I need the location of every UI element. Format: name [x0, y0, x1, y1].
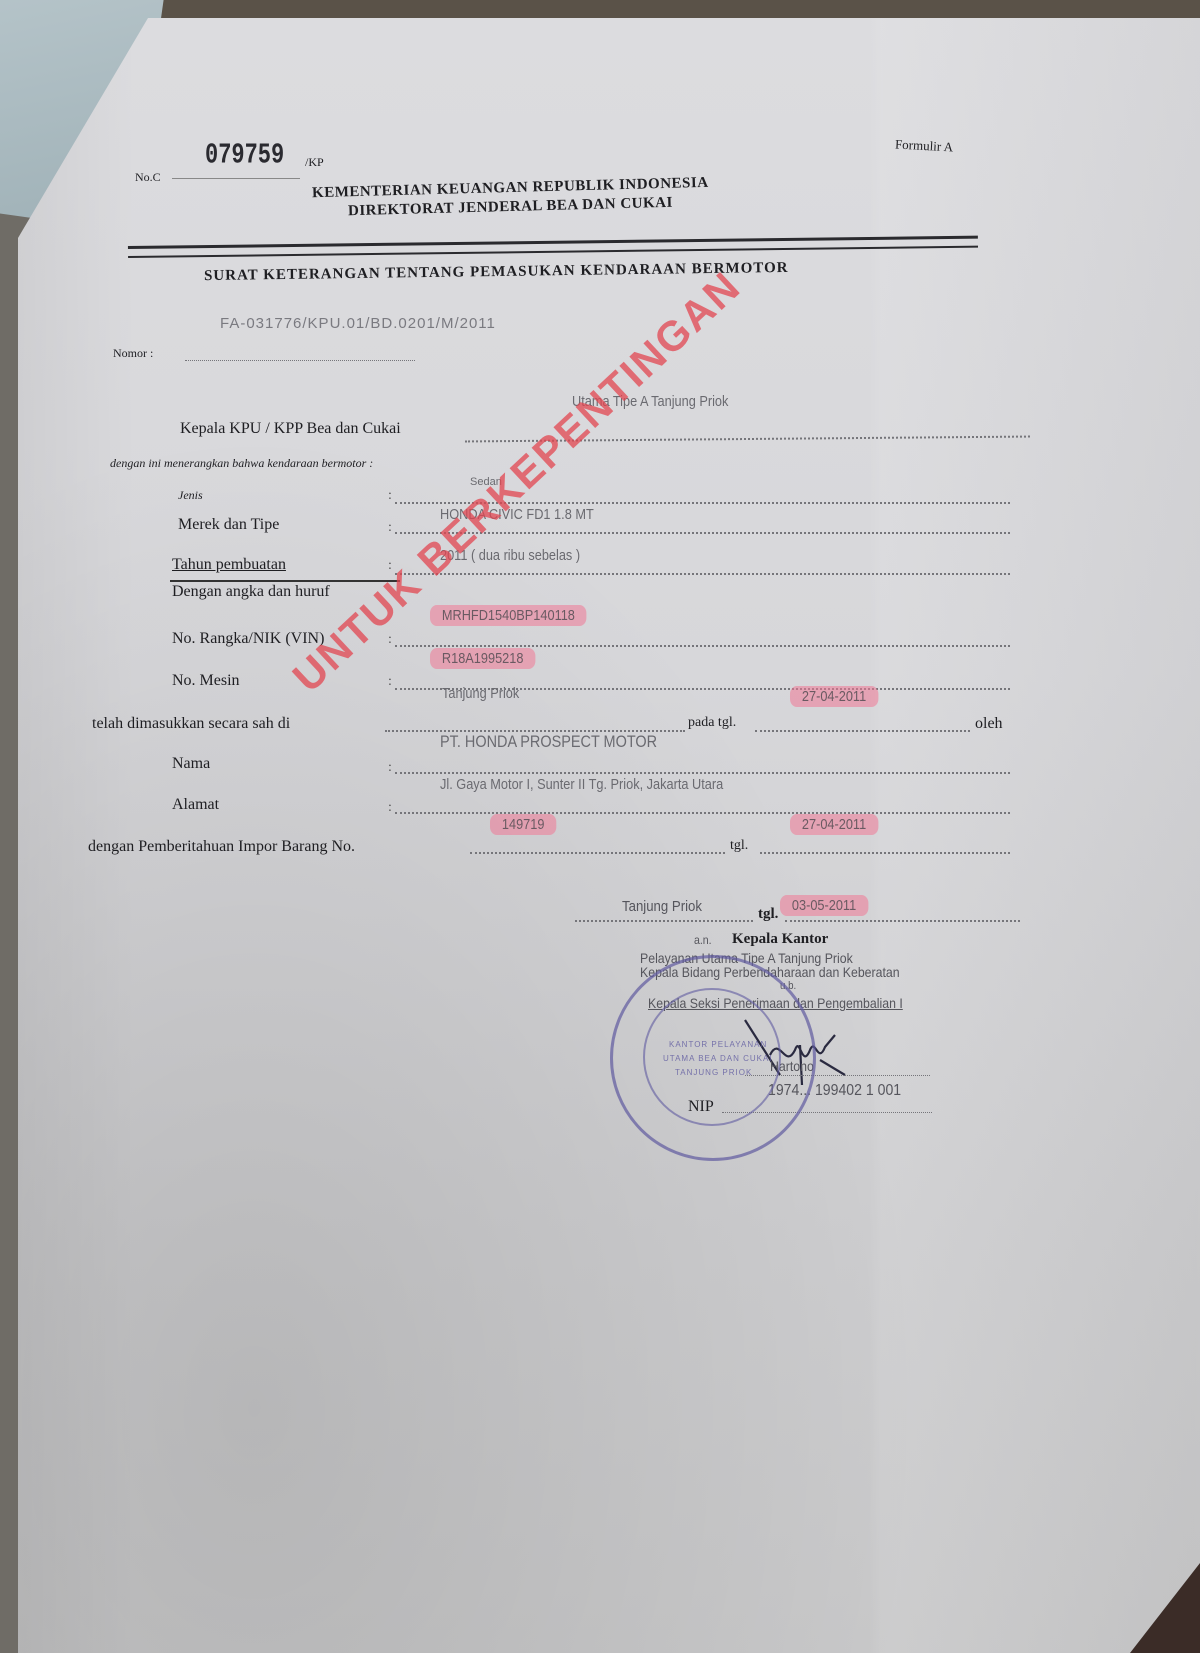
serial-suffix: /KP [305, 155, 324, 170]
engine-value: R18A1995218 [430, 648, 535, 669]
importer-name: PT. HONDA PROSPECT MOTOR [440, 732, 657, 752]
office-label: Kepala KPU / KPP Bea dan Cukai [180, 420, 401, 438]
nomor-value: FA-031776/KPU.01/BD.0201/M/2011 [220, 315, 496, 332]
vin-value: MRHFD1540BP140118 [430, 605, 587, 626]
entry-by: oleh [975, 715, 1003, 733]
engine-label: No. Mesin [172, 672, 240, 690]
official-seal: KANTOR PELAYANAN UTAMA BEA DAN CUKAI TAN… [610, 955, 816, 1161]
pib-date-label: tgl. [730, 838, 748, 854]
merek-label: Merek dan Tipe [178, 516, 279, 534]
entry-date: 27-04-2011 [790, 686, 878, 707]
serial-number: 079759 [205, 139, 284, 172]
sign-date-label: tgl. [758, 906, 778, 923]
vin-label: No. Rangka/NIK (VIN) [172, 630, 324, 648]
entry-place: Tanjung Priok [442, 685, 519, 702]
sign-place: Tanjung Priok [622, 898, 702, 915]
importer-address: Jl. Gaya Motor I, Sunter II Tg. Priok, J… [440, 776, 723, 793]
pib-label: dengan Pemberitahuan Impor Barang No. [88, 838, 355, 856]
entry-date-label: pada tgl. [688, 715, 736, 731]
importer-address-label: Alamat [172, 796, 219, 814]
nomor-label: Nomor : [113, 346, 153, 361]
entry-label: telah dimasukkan secara sah di [92, 715, 290, 733]
tahun-sublabel: Dengan angka dan huruf [172, 583, 330, 601]
sign-date: 03-05-2011 [780, 895, 868, 916]
pib-date: 27-04-2011 [790, 814, 878, 835]
form-type: Formulir A [895, 136, 954, 155]
tahun-label: Tahun pembuatan [172, 556, 286, 574]
importer-name-label: Nama [172, 755, 210, 773]
intro-text: dengan ini menerangkan bahwa kendaraan b… [110, 456, 373, 471]
an-label: a.n. [694, 933, 712, 947]
jenis-label: Jenis [178, 488, 203, 503]
kepala-kantor: Kepala Kantor [732, 931, 828, 948]
pib-number: 149719 [490, 814, 556, 835]
serial-label: No.C [135, 170, 161, 185]
